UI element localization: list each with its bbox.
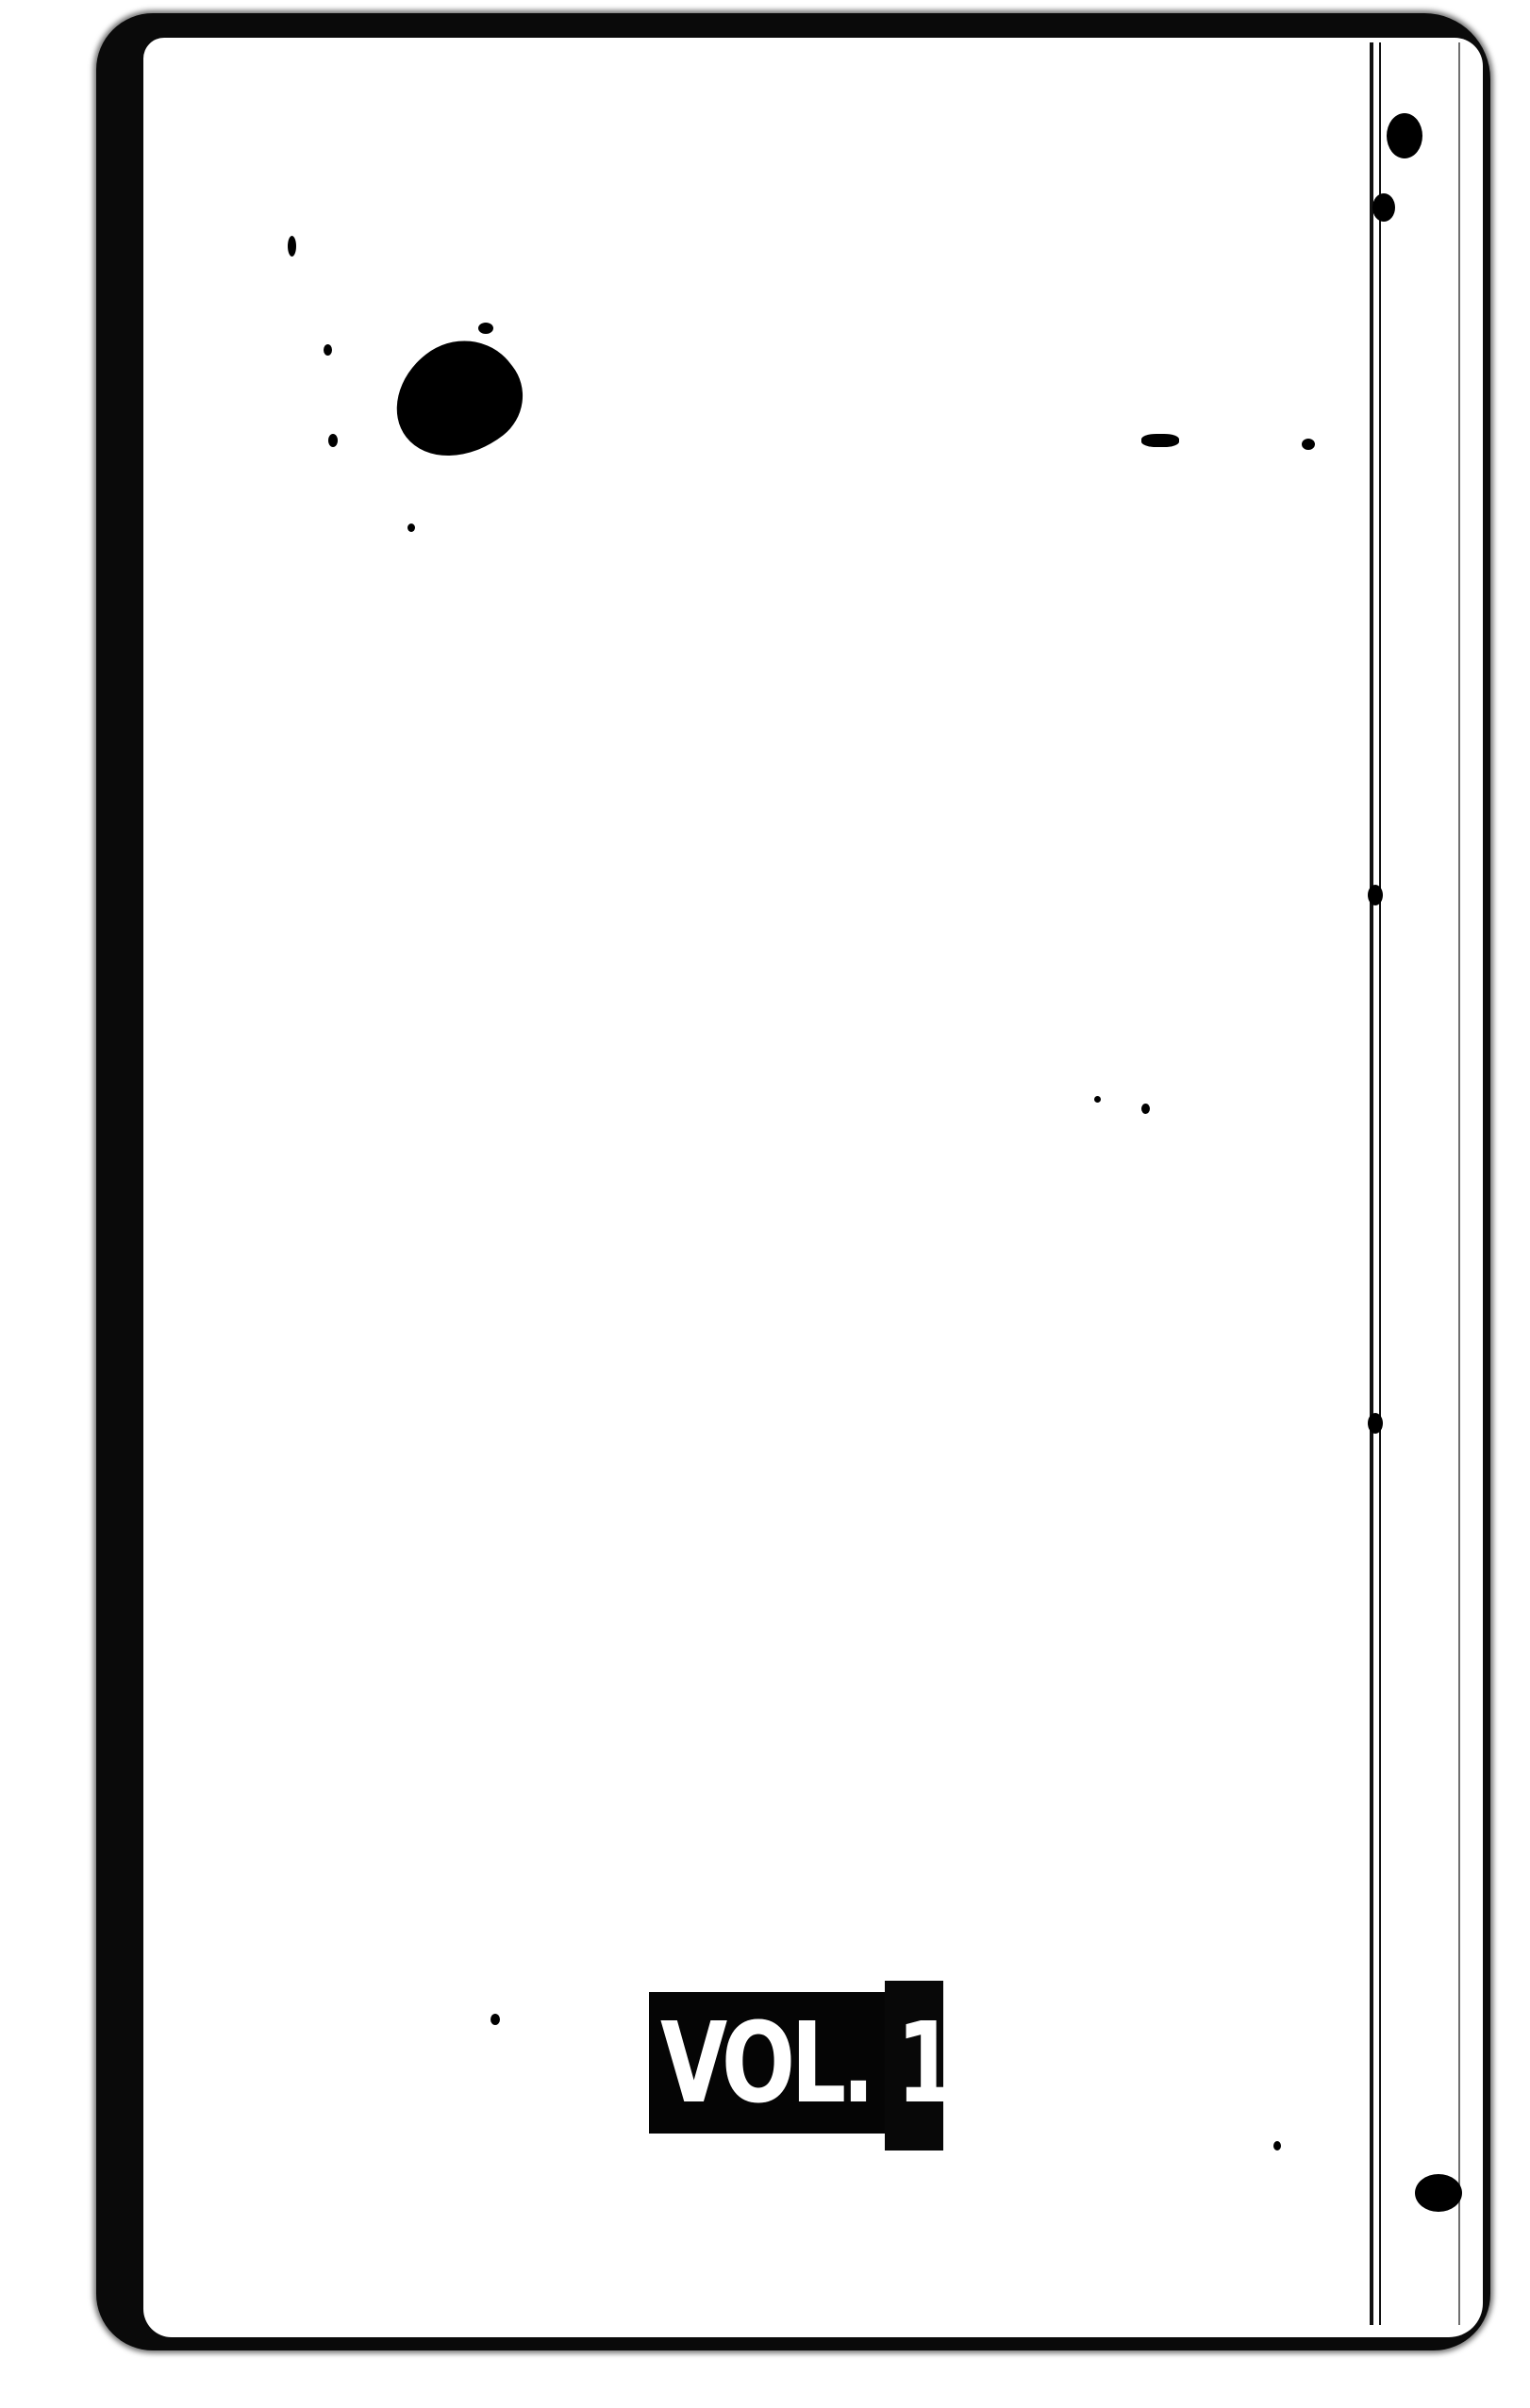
speck <box>1141 1104 1150 1114</box>
speck <box>407 523 415 532</box>
speck <box>328 434 338 447</box>
speck <box>1273 2141 1281 2151</box>
binding-knot <box>1372 193 1395 222</box>
speck <box>478 323 493 334</box>
speck <box>324 344 332 356</box>
speck <box>1302 439 1315 450</box>
binding-knot <box>1387 113 1422 158</box>
speck <box>1094 1096 1101 1103</box>
speck <box>491 2014 500 2025</box>
binding-knot <box>1368 1413 1383 1434</box>
volume-label-text: VOL. 1 <box>660 2001 881 2124</box>
binding-line <box>1379 42 1381 2325</box>
binding-knot <box>1368 885 1383 905</box>
speck <box>288 236 296 257</box>
binding-line <box>1458 42 1460 2325</box>
binding-knot <box>1415 2174 1462 2212</box>
speck <box>1141 434 1179 447</box>
binding-line <box>1370 42 1373 2325</box>
